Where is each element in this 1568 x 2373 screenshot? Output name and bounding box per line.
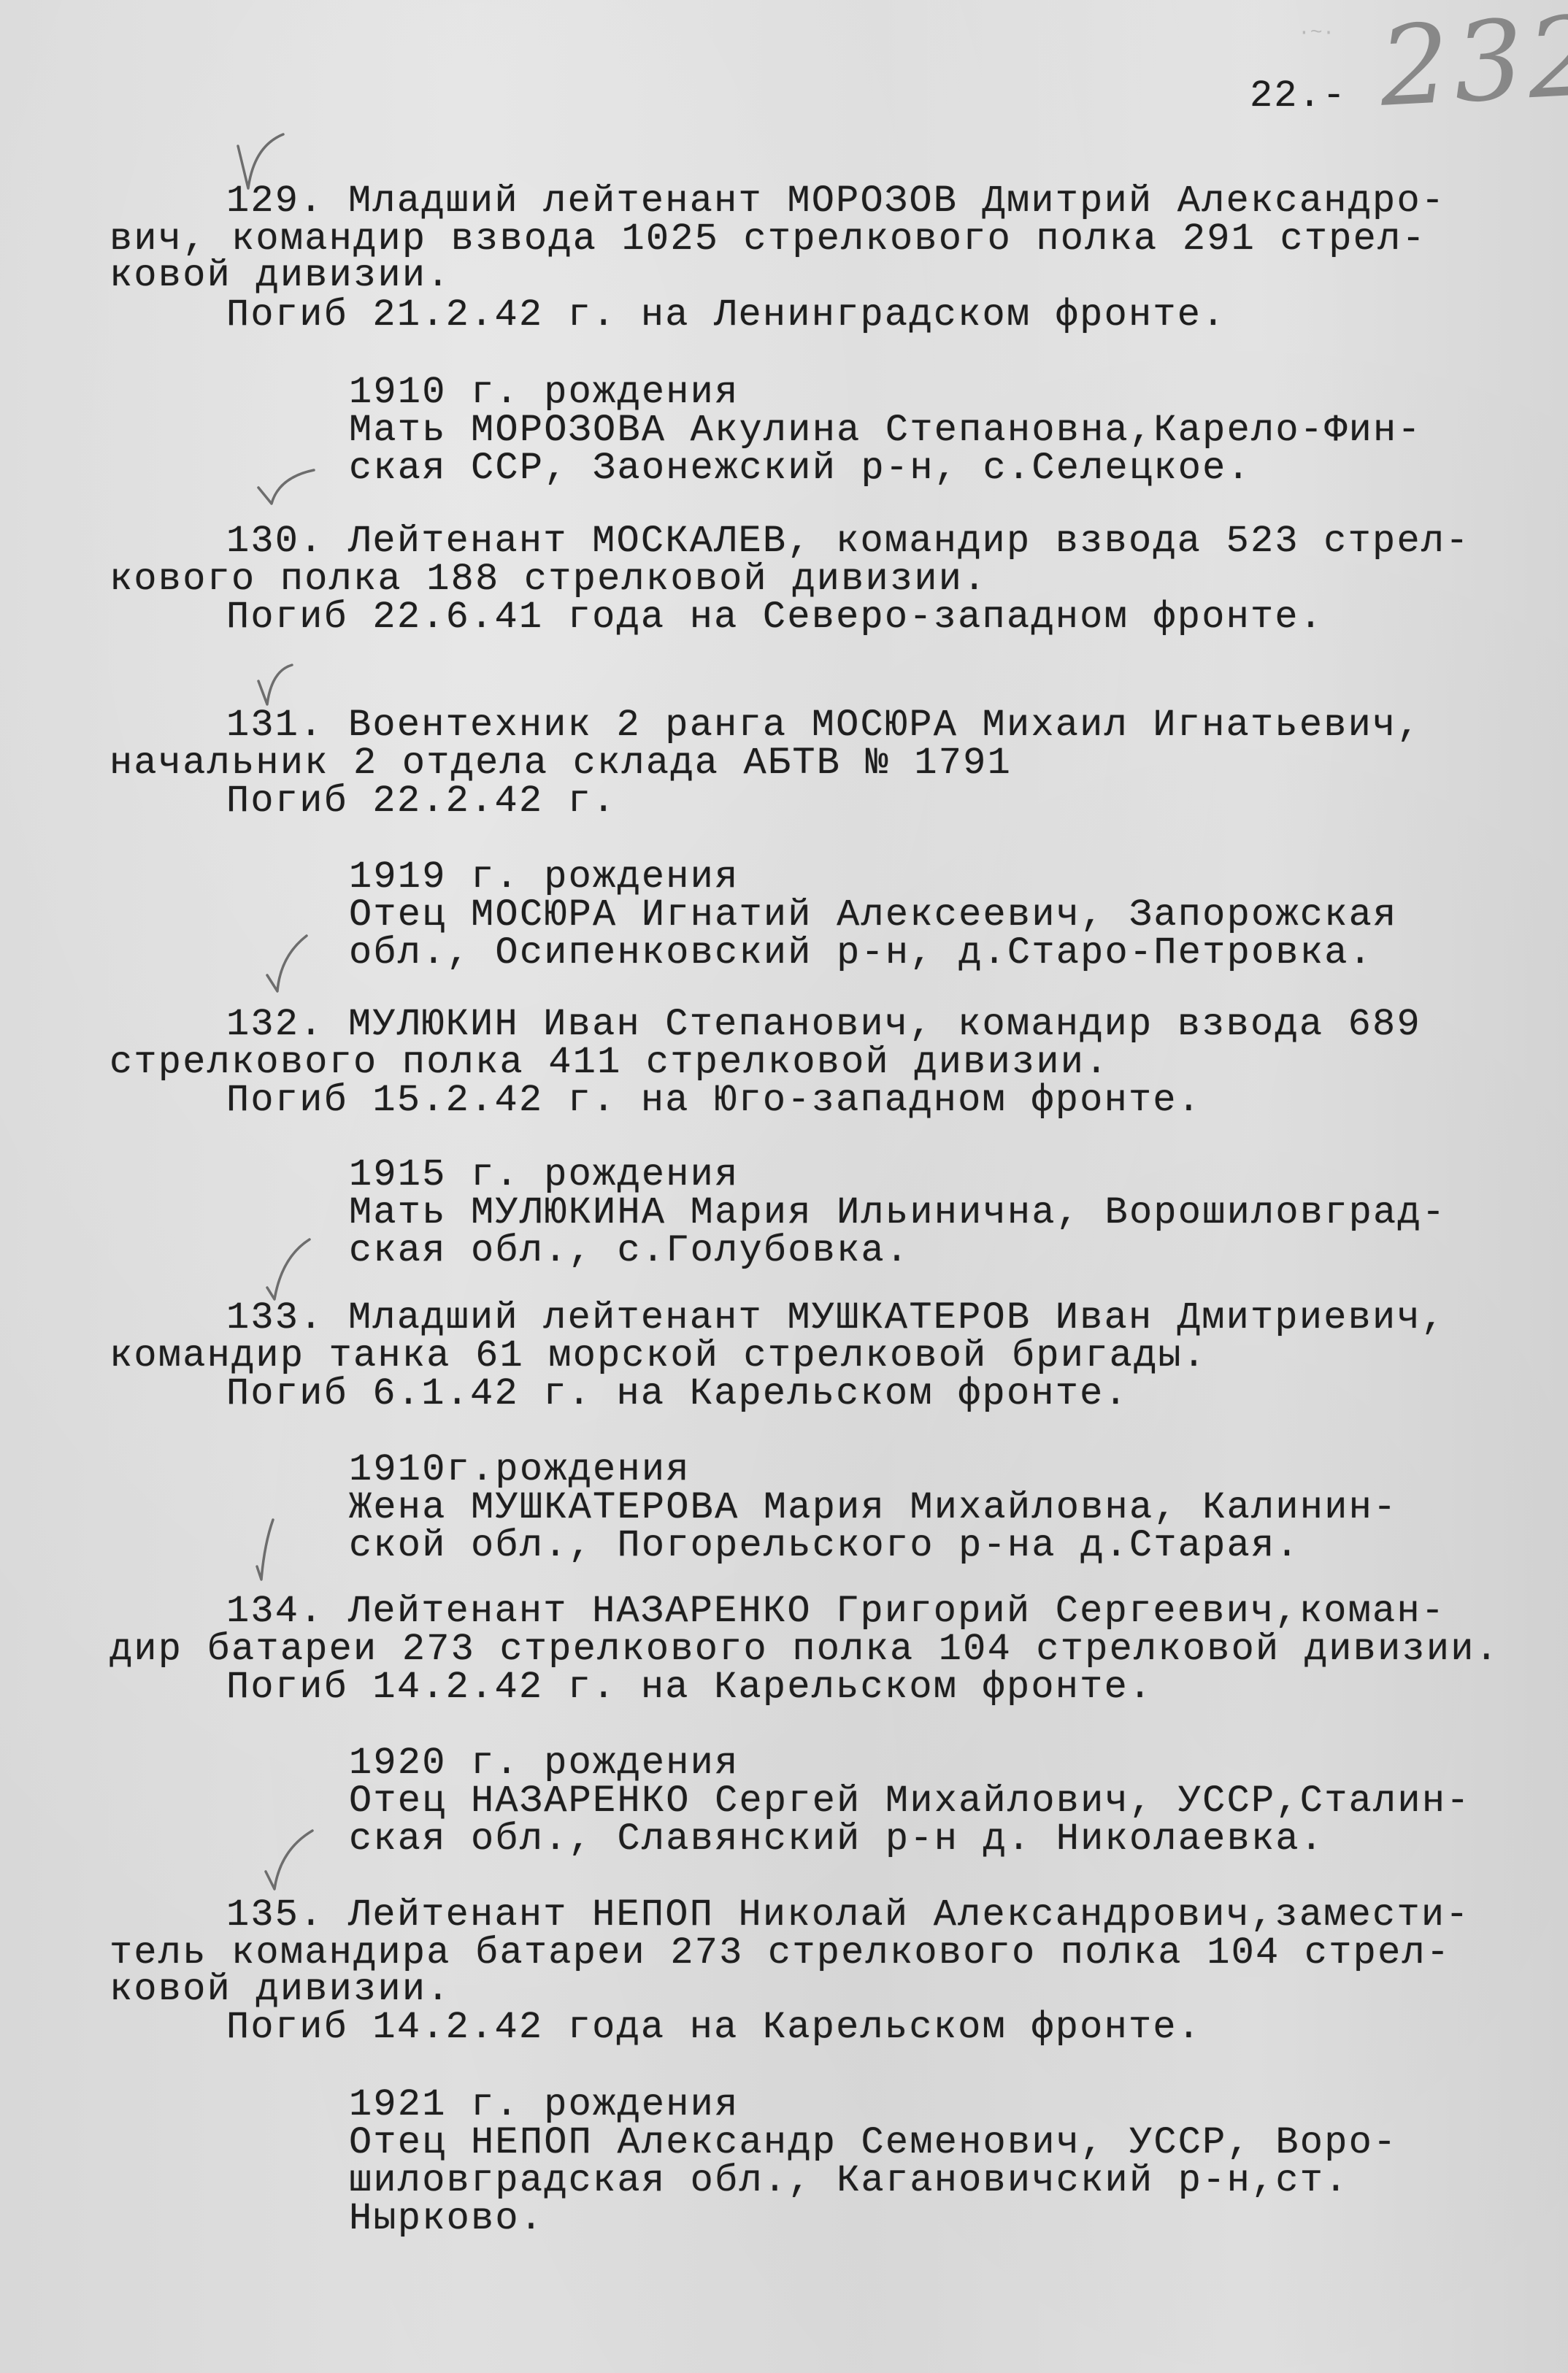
entry-131-relative-1: Отец МОСЮРА Игнатий Алексеевич, Запорожс… (349, 896, 1397, 934)
entry-129-relative-1: Мать МОРОЗОВА Акулина Степановна,Карело-… (349, 412, 1422, 450)
entry-129-died: Погиб 21.2.42 г. на Ленинградском фронте… (226, 296, 1226, 334)
entry-132-line-2: стрелкового полка 411 стрелковой дивизии… (109, 1044, 1110, 1082)
entry-134-line-1: 134. Лейтенант НАЗАРЕНКО Григорий Сергее… (226, 1593, 1445, 1631)
entry-133-line-1: 133. Младший лейтенант МУШКАТЕРОВ Иван Д… (226, 1299, 1445, 1337)
check-mark-icon (264, 927, 323, 993)
entry-129-line-1: 129. Младший лейтенант МОРОЗОВ Дмитрий А… (226, 182, 1445, 220)
entry-135-line-1: 135. Лейтенант НЕПОП Николай Александров… (226, 1896, 1470, 1934)
entry-133-died: Погиб 6.1.42 г. на Карельском фронте. (226, 1375, 1129, 1413)
entry-131-line-2: начальник 2 отдела склада АБТВ № 1791 (109, 745, 1012, 782)
entry-134-line-2: дир батареи 273 стрелкового полка 104 ст… (109, 1631, 1499, 1669)
check-mark-icon (264, 1828, 323, 1893)
entry-129-line-2: вич, командир взвода 1025 стрелкового по… (109, 220, 1426, 258)
entry-135-died: Погиб 14.2.42 года на Карельском фронте. (226, 2009, 1202, 2047)
entry-133-line-2: командир танка 61 морской стрелковой бри… (109, 1337, 1207, 1375)
entry-131-died: Погиб 22.2.42 г. (226, 782, 616, 820)
entry-130-line-1: 130. Лейтенант МОСКАЛЕВ, командир взвода… (226, 523, 1470, 561)
entry-132-line-1: 132. МУЛЮКИН Иван Степанович, командир в… (226, 1006, 1421, 1044)
entry-134-birth: 1920 г. рождения (349, 1745, 739, 1782)
entry-132-birth: 1915 г. рождения (349, 1156, 739, 1194)
entry-134-died: Погиб 14.2.42 г. на Карельском фронте. (226, 1669, 1153, 1707)
entry-132-relative-2: ская обл., с.Голубовка. (349, 1232, 910, 1270)
entry-133-birth: 1910г.рождения (349, 1451, 691, 1489)
entry-133-relative-1: Жена МУШКАТЕРОВА Мария Михайловна, Калин… (349, 1489, 1397, 1527)
entry-132-died: Погиб 15.2.42 г. на Юго-западном фронте. (226, 1082, 1202, 1120)
entry-135-birth: 1921 г. рождения (349, 2086, 739, 2124)
entry-131-line-1: 131. Воентехник 2 ранга МОСЮРА Михаил Иг… (226, 707, 1421, 745)
typed-page-number: 22.- (1250, 77, 1347, 115)
entry-130-died: Погиб 22.6.41 года на Северо-западном фр… (226, 599, 1323, 636)
check-mark-icon (254, 1515, 312, 1581)
entry-129-line-3: ковой дивизии. (109, 257, 451, 295)
entry-132-relative-1: Мать МУЛЮКИНА Мария Ильинична, Ворошилов… (349, 1194, 1446, 1232)
entry-135-line-2: тель командира батареи 273 стрелкового п… (109, 1934, 1450, 1972)
faint-stamp-mark: ·~· (1298, 22, 1334, 45)
entry-131-birth: 1919 г. рождения (349, 858, 739, 896)
entry-131-relative-2: обл., Осипенковский р-н, д.Старо-Петровк… (349, 934, 1373, 972)
handwritten-folio-number: 232 (1377, 1, 1568, 123)
entry-130-line-2: кового полка 188 стрелковой дивизии. (109, 561, 988, 599)
entry-133-relative-2: ской обл., Погорельского р-на д.Старая. (349, 1527, 1300, 1565)
entry-135-relative-1: Отец НЕПОП Александр Семенович, УССР, Во… (349, 2124, 1397, 2162)
entry-129-birth: 1910 г. рождения (349, 374, 739, 412)
entry-129-relative-2: ская ССР, Заонежский р-н, с.Селецкое. (349, 450, 1251, 488)
entry-135-relative-3: Нырково. (349, 2200, 544, 2238)
entry-134-relative-1: Отец НАЗАРЕНКО Сергей Михайлович, УССР,С… (349, 1782, 1471, 1820)
entry-134-relative-2: ская обл., Славянский р-н д. Николаевка. (349, 1820, 1324, 1858)
entry-135-relative-2: шиловградская обл., Кагановичский р-н,ст… (349, 2162, 1349, 2200)
check-mark-icon (264, 1235, 323, 1301)
entry-135-line-3: ковой дивизии. (109, 1971, 451, 2009)
